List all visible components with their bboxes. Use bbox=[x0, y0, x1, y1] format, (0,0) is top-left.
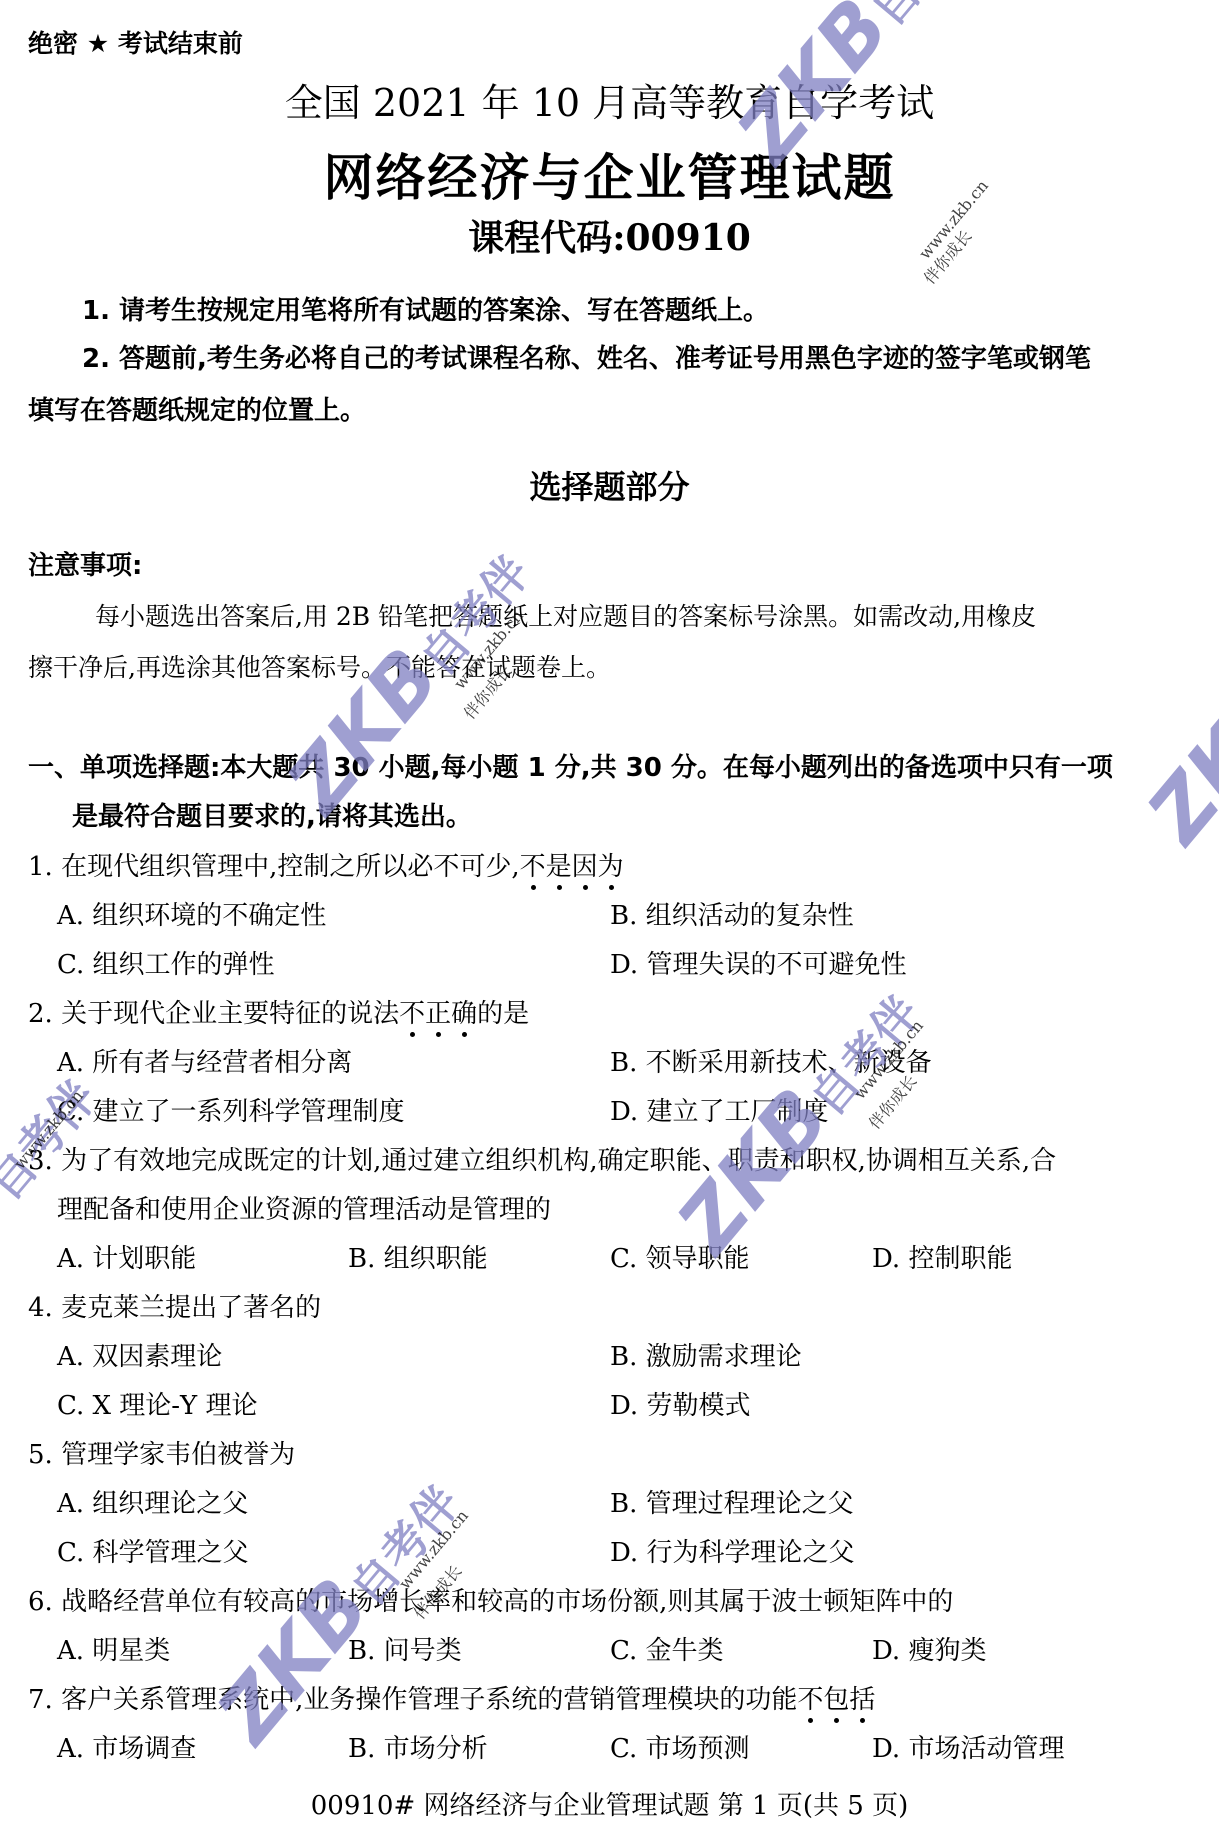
stem-text: 2. 关于现代企业主要特征的说法 bbox=[28, 999, 399, 1029]
q6-option-a: A. 明星类 bbox=[57, 1630, 170, 1667]
attention-text-1: 每小题选出答案后,用 2B 铅笔把答题纸上对应题目的答案标号涂黑。如需改动,用橡… bbox=[95, 597, 1036, 633]
emphasis-char: 不 bbox=[399, 999, 425, 1029]
section-title: 选择题部分 bbox=[0, 462, 1219, 508]
instruction-2-cont: 填写在答题纸规定的位置上。 bbox=[28, 390, 366, 427]
q4-option-b: B. 激励需求理论 bbox=[610, 1336, 802, 1373]
watermark-url: www.zkb.cn bbox=[395, 1506, 472, 1593]
emphasis-char: 不 bbox=[520, 852, 546, 882]
q5-option-b: B. 管理过程理论之父 bbox=[610, 1483, 854, 1520]
watermark-logo: ZKB bbox=[1130, 661, 1219, 859]
emphasis-char: 正 bbox=[425, 999, 451, 1029]
question-5-stem: 5. 管理学家韦伯被誉为 bbox=[28, 1434, 295, 1471]
q1-option-a: A. 组织环境的不确定性 bbox=[57, 895, 326, 932]
q6-option-c: C. 金牛类 bbox=[610, 1630, 724, 1667]
q4-option-d: D. 劳勒模式 bbox=[610, 1385, 750, 1422]
q7-option-d: D. 市场活动管理 bbox=[872, 1728, 1064, 1765]
q7-option-a: A. 市场调查 bbox=[57, 1728, 196, 1765]
q3-option-b: B. 组织职能 bbox=[348, 1238, 488, 1275]
q2-option-c: C. 建立了一系列科学管理制度 bbox=[57, 1091, 405, 1128]
q1-option-b: B. 组织活动的复杂性 bbox=[610, 895, 854, 932]
q1-option-c: C. 组织工作的弹性 bbox=[57, 944, 275, 981]
q4-option-c: C. X 理论-Y 理论 bbox=[57, 1385, 258, 1422]
q1-option-d: D. 管理失误的不可避免性 bbox=[610, 944, 906, 981]
question-1-stem: 1. 在现代组织管理中,控制之所以必不可少,不是因为 bbox=[28, 846, 624, 883]
question-3-stem-cont: 理配备和使用企业资源的管理活动是管理的 bbox=[57, 1189, 551, 1226]
emphasis-char: 确 bbox=[451, 999, 477, 1029]
emphasis-char: 包 bbox=[823, 1685, 849, 1715]
q2-option-a: A. 所有者与经营者相分离 bbox=[57, 1042, 352, 1079]
q5-option-c: C. 科学管理之父 bbox=[57, 1532, 249, 1569]
q7-option-b: B. 市场分析 bbox=[348, 1728, 488, 1765]
stem-text: 1. 在现代组织管理中,控制之所以必不可少, bbox=[28, 852, 520, 882]
secret-label: 绝密 ★ 考试结束前 bbox=[28, 24, 243, 60]
stem-text: 的是 bbox=[477, 999, 529, 1029]
watermark-brand: 自考伴 bbox=[860, 0, 990, 36]
exam-title: 全国 2021 年 10 月高等教育自学考试 bbox=[0, 72, 1219, 127]
q3-option-d: D. 控制职能 bbox=[872, 1238, 1012, 1275]
q5-option-a: A. 组织理论之父 bbox=[57, 1483, 248, 1520]
q4-option-a: A. 双因素理论 bbox=[57, 1336, 222, 1373]
question-7-stem: 7. 客户关系管理系统中,业务操作管理子系统的营销管理模块的功能不包括 bbox=[28, 1679, 875, 1716]
question-2-stem: 2. 关于现代企业主要特征的说法不正确的是 bbox=[28, 993, 529, 1030]
q6-option-d: D. 瘦狗类 bbox=[872, 1630, 986, 1667]
attention-text-2: 擦干净后,再选涂其他答案标号。不能答在试题卷上。 bbox=[28, 648, 611, 684]
q2-option-b: B. 不断采用新技术、新设备 bbox=[610, 1042, 932, 1079]
q7-option-c: C. 市场预测 bbox=[610, 1728, 750, 1765]
q3-option-a: A. 计划职能 bbox=[57, 1238, 196, 1275]
part-heading: 一、单项选择题:本大题共 30 小题,每小题 1 分,共 30 分。在每小题列出… bbox=[28, 747, 1113, 784]
stem-text: 7. 客户关系管理系统中,业务操作管理子系统的营销管理模块的功能 bbox=[28, 1685, 797, 1715]
q5-option-d: D. 行为科学理论之父 bbox=[610, 1532, 854, 1569]
emphasis-char: 不 bbox=[797, 1685, 823, 1715]
question-4-stem: 4. 麦克莱兰提出了著名的 bbox=[28, 1287, 321, 1324]
course-code: 课程代码:00910 bbox=[0, 210, 1219, 261]
q3-option-c: C. 领导职能 bbox=[610, 1238, 750, 1275]
q6-option-b: B. 问号类 bbox=[348, 1630, 462, 1667]
attention-label: 注意事项: bbox=[28, 545, 142, 582]
instruction-2: 2. 答题前,考生务必将自己的考试课程名称、姓名、准考证号用黑色字迹的签字笔或钢… bbox=[82, 338, 1091, 375]
paper-title: 网络经济与企业管理试题 bbox=[0, 138, 1219, 210]
zkb-logo-icon: ZKB bbox=[1130, 661, 1219, 859]
q2-option-d: D. 建立了工厂制度 bbox=[610, 1091, 828, 1128]
emphasis-char: 为 bbox=[598, 852, 624, 882]
page-footer: 00910# 网络经济与企业管理试题 第 1 页(共 5 页) bbox=[0, 1785, 1219, 1822]
emphasis-char: 因 bbox=[572, 852, 598, 882]
part-heading-cont: 是最符合题目要求的,请将其选出。 bbox=[72, 796, 472, 833]
emphasis-char: 是 bbox=[546, 852, 572, 882]
watermark-slogan: 伴你成长 bbox=[863, 1070, 922, 1134]
question-6-stem: 6. 战略经营单位有较高的市场增长率和较高的市场份额,则其属于波士顿矩阵中的 bbox=[28, 1581, 953, 1618]
question-3-stem: 3. 为了有效地完成既定的计划,通过建立组织机构,确定职能、职责和职权,协调相互… bbox=[28, 1140, 1056, 1177]
emphasis-char: 括 bbox=[849, 1685, 875, 1715]
instruction-1: 1. 请考生按规定用笔将所有试题的答案涂、写在答题纸上。 bbox=[82, 290, 769, 327]
